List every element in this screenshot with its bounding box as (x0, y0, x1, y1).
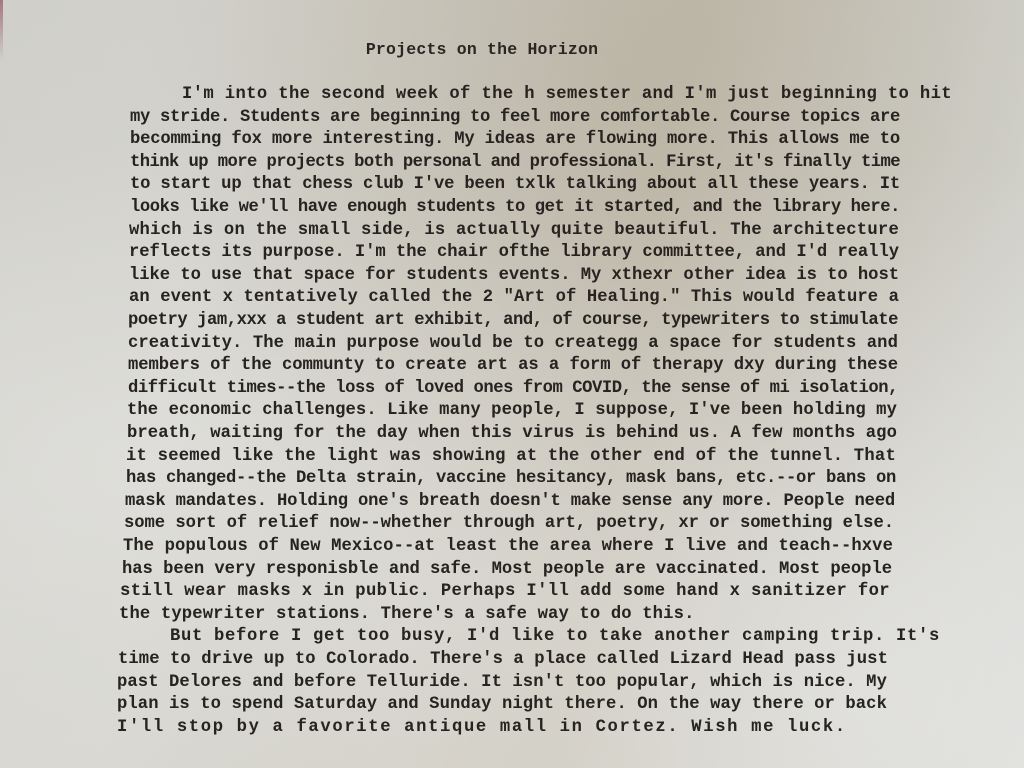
text-line: I'll stop by a favorite antique mall in … (117, 717, 847, 740)
text-line: creativity. The main purpose would be to… (128, 333, 898, 356)
text-line: time to drive up to Colorado. There's a … (118, 649, 888, 672)
text-line: difficult times--the loss of loved ones … (128, 378, 898, 401)
text-line: my stride. Students are beginning to fee… (130, 107, 900, 130)
text-line: I'm into the second week of the h semest… (182, 84, 952, 107)
text-line: has been very responisble and safe. Most… (122, 559, 892, 582)
text-line: poetry jam,xxx a student art exhibit, an… (128, 310, 898, 333)
text-line: an event x tentatively called the 2 "Art… (129, 287, 899, 310)
text-line: plan is to spend Saturday and Sunday nig… (117, 694, 887, 717)
text-line: which is on the small side, is actually … (129, 220, 899, 243)
text-line: looks like we'll have enough students to… (130, 197, 900, 220)
text-line: has changed--the Delta strain, vaccine h… (126, 468, 896, 491)
text-line: like to use that space for students even… (129, 265, 899, 288)
text-line: mask mandates. Holding one's breath does… (125, 491, 895, 514)
text-line: The populous of New Mexico--at least the… (123, 536, 893, 559)
document-title: Projects on the Horizon (0, 40, 994, 59)
text-line: it seemed like the light was showing at … (126, 446, 896, 469)
text-line: some sort of relief now--whether through… (124, 513, 894, 536)
text-line: to start up that chess club I've been tx… (130, 174, 900, 197)
text-line: breath, waiting for the day when this vi… (127, 423, 897, 446)
text-line: reflects its purpose. I'm the chair ofth… (129, 242, 899, 265)
text-line: past Delores and before Telluride. It is… (117, 672, 887, 695)
text-line: still wear masks x in public. Perhaps I'… (120, 581, 890, 604)
text-line: members of the communty to create art as… (128, 355, 898, 378)
text-line: the typewriter stations. There's a safe … (119, 604, 695, 627)
text-line: becomming fox more interesting. My ideas… (130, 129, 900, 152)
text-line: But before I get too busy, I'd like to t… (170, 626, 940, 649)
text-line: think up more projects both personal and… (130, 152, 900, 175)
paper-page: Projects on the Horizon I'm into the sec… (0, 0, 1024, 768)
text-line: the economic challenges. Like many peopl… (127, 400, 897, 423)
